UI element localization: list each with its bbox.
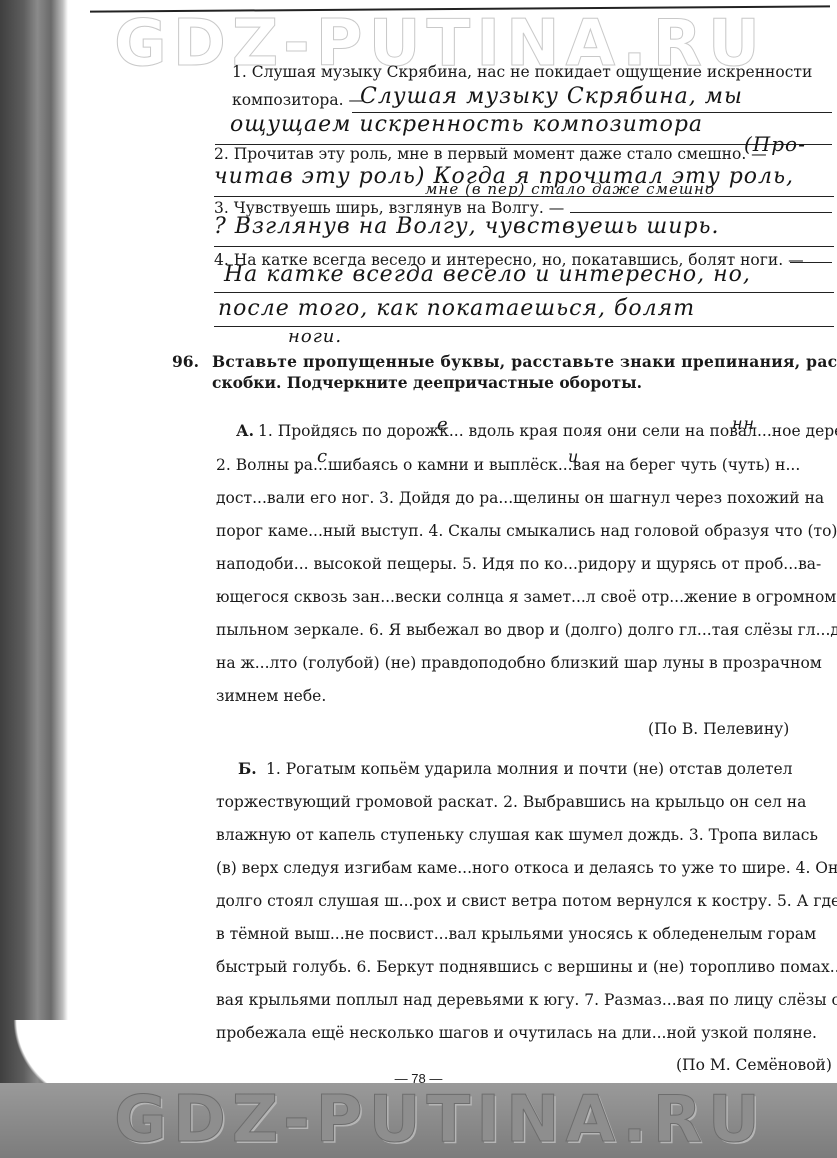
part-a-line: порог каме...ный выступ. 4. Скалы смыкал… <box>216 521 837 541</box>
handwritten-answer-4a: На катке всегда весело и интересно, но, <box>224 262 751 287</box>
pen-insertion: е <box>437 414 449 435</box>
part-a-line: наподоби... высокой пещеры. 5. Идя по ко… <box>216 554 821 574</box>
handwritten-answer-3: ? Взглянув на Волгу, чувствуешь ширь. <box>214 214 719 239</box>
question-2: 2. Прочитав эту роль, мне в первый момен… <box>214 144 767 164</box>
watermark-bottom: GDZ-PUTINA.RU <box>60 1088 820 1152</box>
part-b-line: вая крыльями поплыл над деревьями к югу.… <box>216 990 837 1010</box>
handwritten-answer-4b: после того, как покатаешься, болят <box>218 296 695 321</box>
part-b-line: 1. Рогатым копьём ударила молния и почти… <box>266 759 793 779</box>
pen-insertion: с <box>317 446 328 467</box>
part-a-line: 2. Волны ра...шибаясь о камни и выплёск.… <box>216 455 800 475</box>
handwritten-answer-1a: Слушая музыку Скрябина, мы <box>360 84 743 109</box>
answer-rule <box>214 246 834 247</box>
exercise-number: 96. <box>172 352 199 372</box>
question-1-cont: композитора. — <box>232 90 364 110</box>
instruction-line-2: скобки. Подчеркните деепричастные оборот… <box>212 373 642 393</box>
pen-comma: , <box>586 416 593 437</box>
part-b-line: долго стоял слушая ш...рох и свист ветра… <box>216 891 837 911</box>
handwritten-answer-2a: (Про- <box>744 132 806 156</box>
part-b-line: в тёмной выш...не посвист...вал крыльями… <box>216 924 816 944</box>
part-a-line: на ж...лто (голубой) (не) правдоподобно … <box>216 653 822 673</box>
pen-insertion: и <box>568 447 579 466</box>
handwritten-answer-4c: ноги. <box>288 326 342 347</box>
scan-spine-shadow <box>0 0 68 1158</box>
part-b-line: влажную от капель ступеньку слушая как ш… <box>216 825 818 845</box>
part-a-label: А. <box>236 421 254 441</box>
question-1: 1. Слушая музыку Скрябина, нас не покида… <box>232 62 812 82</box>
part-a-line: пыльном зеркале. 6. Я выбежал во двор и … <box>216 620 837 640</box>
answer-rule <box>790 262 832 263</box>
pen-insertion: нн <box>732 414 755 433</box>
part-b-line: торжествующий громовой раскат. 2. Выбрав… <box>216 792 806 812</box>
part-b-label: Б. <box>238 759 257 779</box>
part-a-line: ющегося сквозь зан...вески солнца я заме… <box>216 587 836 607</box>
part-b-line: быстрый голубь. 6. Беркут поднявшись с в… <box>216 957 837 977</box>
handwritten-answer-1b: ощущаем искренность композитора <box>230 112 703 137</box>
part-a-line: дост...вали его ног. 3. Дойдя до ра...ще… <box>216 488 824 508</box>
pen-comma: , <box>296 455 303 476</box>
instruction-line-1: Вставьте пропущенные буквы, расставьте з… <box>212 352 837 372</box>
handwritten-answer-2c: мне (в пер) стало даже смешно <box>425 180 715 198</box>
part-a-line: зимнем небе. <box>216 686 326 706</box>
answer-rule <box>214 292 834 293</box>
part-b-line: пробежала ещё несколько шагов и очутилас… <box>216 1023 817 1043</box>
page-number: — 78 — <box>0 1071 837 1086</box>
part-a-source: (По В. Пелевину) <box>648 719 789 739</box>
part-b-line: (в) верх следуя изгибам каме...ного отко… <box>216 858 837 878</box>
answer-rule <box>570 212 832 213</box>
